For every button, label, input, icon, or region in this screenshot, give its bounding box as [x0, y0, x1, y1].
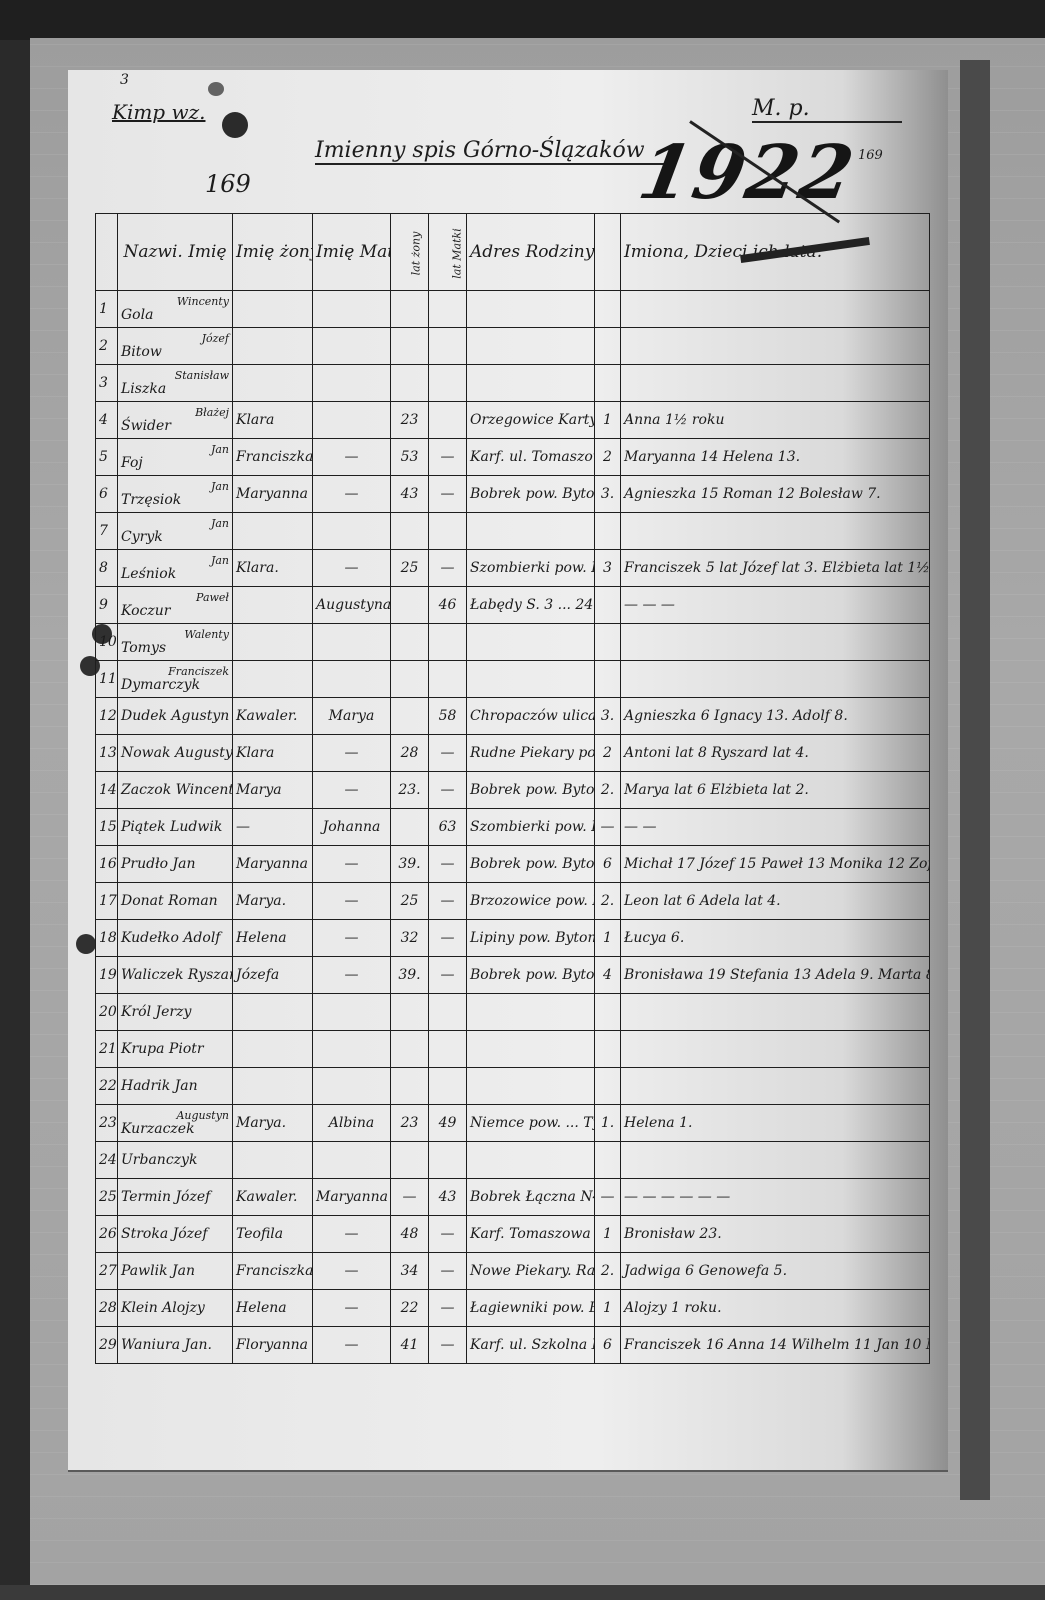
mother-name	[313, 365, 391, 402]
children-count: 1	[595, 1290, 621, 1327]
person-name: JanCyryk	[118, 513, 233, 550]
mother-age: —	[429, 846, 467, 883]
surname: Waniura Jan.	[121, 1337, 212, 1353]
family-address	[467, 1031, 595, 1068]
person-name: Nowak Augustyn	[118, 735, 233, 772]
wife-age: —	[391, 1179, 429, 1216]
mother-age	[429, 1068, 467, 1105]
wife-age	[391, 994, 429, 1031]
wife-age	[391, 291, 429, 328]
person-name: Donat Roman	[118, 883, 233, 920]
table-row: 10WalentyTomys	[96, 624, 930, 661]
row-number: 21	[96, 1031, 118, 1068]
children-count: 1.	[595, 1105, 621, 1142]
wife-age: 53	[391, 439, 429, 476]
row-number: 1	[96, 291, 118, 328]
children-list	[621, 994, 930, 1031]
wife-age	[391, 698, 429, 735]
children-list	[621, 365, 930, 402]
surname: Stroka Józef	[121, 1226, 208, 1242]
family-address: Szombierki pow. Bytom ul. Orzegowska 12	[467, 550, 595, 587]
mother-age: —	[429, 920, 467, 957]
row-number: 22	[96, 1068, 118, 1105]
surname: Tomys	[121, 640, 166, 656]
surname: Świder	[121, 418, 171, 434]
mother-name	[313, 402, 391, 439]
mother-age: 63	[429, 809, 467, 846]
family-address: Bobrek pow. Bytom ul. Szafjóra N3.	[467, 772, 595, 809]
row-number: 2	[96, 328, 118, 365]
person-name: Klein Alojzy	[118, 1290, 233, 1327]
table-row: 23AugustynKurzaczekMarya.Albina2349Niemc…	[96, 1105, 930, 1142]
row-number: 23	[96, 1105, 118, 1142]
wife-age	[391, 365, 429, 402]
wife-age: 48	[391, 1216, 429, 1253]
given-name: Jan	[121, 444, 229, 455]
family-address: Bobrek Łączna N4.	[467, 1179, 595, 1216]
mother-age	[429, 402, 467, 439]
mother-name	[313, 328, 391, 365]
wife-name: Teofila	[233, 1216, 313, 1253]
children-count: 3	[595, 550, 621, 587]
wife-name: Helena	[233, 920, 313, 957]
children-count: 1	[595, 402, 621, 439]
children-count: —	[595, 809, 621, 846]
family-address: Nowe Piekary. Radzionkowska N18	[467, 1253, 595, 1290]
mother-name	[313, 291, 391, 328]
wife-age	[391, 624, 429, 661]
wife-age	[391, 587, 429, 624]
mother-age: —	[429, 1253, 467, 1290]
children-list	[621, 291, 930, 328]
wife-name: Maryanna	[233, 846, 313, 883]
person-name: FranciszekDymarczyk	[118, 661, 233, 698]
given-name: Walenty	[121, 629, 229, 640]
children-count	[595, 513, 621, 550]
family-address	[467, 365, 595, 402]
children-count	[595, 1031, 621, 1068]
mother-name: —	[313, 846, 391, 883]
children-list	[621, 1068, 930, 1105]
row-number: 6	[96, 476, 118, 513]
wife-name: Marya	[233, 772, 313, 809]
family-address	[467, 328, 595, 365]
children-list: Marya lat 6 Elżbieta lat 2.	[621, 772, 930, 809]
row-number: 10	[96, 624, 118, 661]
row-number: 15	[96, 809, 118, 846]
surname: Foj	[121, 455, 143, 471]
children-count	[595, 328, 621, 365]
children-count: 2	[595, 735, 621, 772]
family-address: Rudne Piekary pow. Tarn. Bytomska N31	[467, 735, 595, 772]
children-count	[595, 661, 621, 698]
surname: Trzęsiok	[121, 492, 181, 508]
mother-name	[313, 1031, 391, 1068]
wife-age: 43	[391, 476, 429, 513]
person-name: PawełKoczur	[118, 587, 233, 624]
wife-age	[391, 809, 429, 846]
surname: Donat Roman	[121, 893, 218, 909]
surname: Termin Józef	[121, 1189, 210, 1205]
surname: Nowak Augustyn	[121, 745, 233, 761]
mother-age	[429, 328, 467, 365]
children-list	[621, 661, 930, 698]
wife-name	[233, 328, 313, 365]
surname: Gola	[121, 307, 153, 323]
wife-age: 39.	[391, 957, 429, 994]
column-header-wife-age: lat żony	[391, 214, 429, 291]
person-name: BłażejŚwider	[118, 402, 233, 439]
mother-name: —	[313, 1290, 391, 1327]
children-list: — — — — — —	[621, 1179, 930, 1216]
scan-top-border	[0, 0, 1045, 40]
mother-age: —	[429, 1216, 467, 1253]
person-name: Kudełko Adolf	[118, 920, 233, 957]
row-number: 7	[96, 513, 118, 550]
mother-age	[429, 365, 467, 402]
binding-strip	[960, 60, 990, 1500]
table-row: 22Hadrik Jan	[96, 1068, 930, 1105]
children-count	[595, 291, 621, 328]
children-count: 3.	[595, 476, 621, 513]
family-address: Łagiewniki pow. Bytom ul. Nowiejna 1	[467, 1290, 595, 1327]
person-name: Hadrik Jan	[118, 1068, 233, 1105]
person-name: JanLeśniok	[118, 550, 233, 587]
children-list: Łucya 6.	[621, 920, 930, 957]
mother-age: 58	[429, 698, 467, 735]
mother-name: Albina	[313, 1105, 391, 1142]
mother-name: Marya	[313, 698, 391, 735]
children-count: 2.	[595, 1253, 621, 1290]
person-name: WincentyGola	[118, 291, 233, 328]
children-list: Agnieszka 15 Roman 12 Bolesław 7.	[621, 476, 930, 513]
surname: Koczur	[121, 603, 170, 619]
person-name: Piątek Ludwik	[118, 809, 233, 846]
table-row: 17Donat RomanMarya.—25—Brzozowice pow. B…	[96, 883, 930, 920]
given-name: Paweł	[121, 592, 229, 603]
table-row: 8JanLeśniokKlara.—25—Szombierki pow. Byt…	[96, 550, 930, 587]
mother-name: —	[313, 1253, 391, 1290]
children-list: Bronisława 19 Stefania 13 Adela 9. Marta…	[621, 957, 930, 994]
children-list: Antoni lat 8 Ryszard lat 4.	[621, 735, 930, 772]
given-name: Stanisław	[121, 370, 229, 381]
children-list: Michał 17 Józef 15 Paweł 13 Monika 12 Zo…	[621, 846, 930, 883]
surname: Krupa Piotr	[121, 1041, 204, 1057]
wife-name: Kawaler.	[233, 698, 313, 735]
mother-name	[313, 994, 391, 1031]
family-address: Bobrek pow. Bytom. ulic. Bytomska N19.	[467, 957, 595, 994]
person-name: JanFoj	[118, 439, 233, 476]
children-count	[595, 1068, 621, 1105]
table-row: 6JanTrzęsiokMaryanna—43—Bobrek pow. Byto…	[96, 476, 930, 513]
table-row: 27Pawlik JanFranciszka—34—Nowe Piekary. …	[96, 1253, 930, 1290]
mother-age: —	[429, 883, 467, 920]
surname: Pawlik Jan	[121, 1263, 195, 1279]
row-number: 27	[96, 1253, 118, 1290]
family-address: Szombierki pow. Bytom Godulska N3	[467, 809, 595, 846]
wife-age: 22	[391, 1290, 429, 1327]
wife-age: 41	[391, 1327, 429, 1364]
form-reference: Kimp wz.	[112, 100, 205, 124]
person-name: StanisławLiszka	[118, 365, 233, 402]
mother-age: —	[429, 476, 467, 513]
page-number-right: 169	[858, 148, 883, 163]
given-name: Wincenty	[121, 296, 229, 307]
table-row: 5JanFojFranciszka—53—Karf. ul. Tomaszowa…	[96, 439, 930, 476]
table-row: 19Waliczek RyszardJózefa—39.—Bobrek pow.…	[96, 957, 930, 994]
table-row: 21Krupa Piotr	[96, 1031, 930, 1068]
column-header-children-count: ilość Dzieci	[595, 214, 621, 291]
row-number: 28	[96, 1290, 118, 1327]
mother-age	[429, 994, 467, 1031]
table-row: 24Urbanczyk	[96, 1142, 930, 1179]
children-list: Alojzy 1 roku.	[621, 1290, 930, 1327]
children-list: Anna 1½ roku	[621, 402, 930, 439]
children-list	[621, 1031, 930, 1068]
column-header-name: Nazwi. Imię	[118, 214, 233, 291]
children-list: — — —	[621, 587, 930, 624]
surname: Bitow	[121, 344, 162, 360]
mother-name: —	[313, 1216, 391, 1253]
mother-name: —	[313, 735, 391, 772]
wife-age	[391, 1142, 429, 1179]
mother-age: 46	[429, 587, 467, 624]
mother-name: —	[313, 772, 391, 809]
table-row: 7JanCyryk	[96, 513, 930, 550]
children-count	[595, 1142, 621, 1179]
row-number: 24	[96, 1142, 118, 1179]
scan-bottom-border	[0, 1585, 1045, 1600]
wife-age: 34	[391, 1253, 429, 1290]
family-address: Orzegowice Kartyska 94	[467, 402, 595, 439]
wife-name: Helena	[233, 1290, 313, 1327]
wife-age	[391, 661, 429, 698]
children-count: 6	[595, 1327, 621, 1364]
column-header-address: Adres Rodziny	[467, 214, 595, 291]
mother-name	[313, 513, 391, 550]
children-list: Agnieszka 6 Ignacy 13. Adolf 8.	[621, 698, 930, 735]
mother-name	[313, 661, 391, 698]
children-count: 1	[595, 1216, 621, 1253]
row-number: 4	[96, 402, 118, 439]
mother-age: —	[429, 1327, 467, 1364]
document-title: Imienny spis Górno-Ślązaków	[315, 138, 665, 165]
given-name: Błażej	[121, 407, 229, 418]
header-superscript: 3	[120, 72, 129, 88]
surname: Kurzaczek	[121, 1121, 195, 1137]
mother-age	[429, 661, 467, 698]
mother-age: —	[429, 1290, 467, 1327]
page-number-left: 169	[205, 170, 251, 198]
children-list	[621, 513, 930, 550]
family-address	[467, 994, 595, 1031]
mother-name: —	[313, 476, 391, 513]
children-list: Bronisław 23.	[621, 1216, 930, 1253]
mother-age: 43	[429, 1179, 467, 1216]
wife-name	[233, 587, 313, 624]
census-rows: 1WincentyGola2JózefBitow3StanisławLiszka…	[96, 291, 930, 1364]
children-count	[595, 587, 621, 624]
given-name: Augustyn	[121, 1110, 229, 1121]
surname: Dymarczyk	[121, 677, 200, 693]
wife-age: 28	[391, 735, 429, 772]
ink-stain-icon	[208, 82, 224, 96]
mother-name	[313, 1068, 391, 1105]
wife-name: Kawaler.	[233, 1179, 313, 1216]
wife-age: 25	[391, 550, 429, 587]
family-address: Lipiny pow. Bytom. Bytomska N23	[467, 920, 595, 957]
children-count: 2.	[595, 883, 621, 920]
given-name: Jan	[121, 481, 229, 492]
wife-name	[233, 291, 313, 328]
surname: Liszka	[121, 381, 166, 397]
table-row: 4BłażejŚwiderKlara23Orzegowice Kartyska …	[96, 402, 930, 439]
row-number: 18	[96, 920, 118, 957]
children-count: 1	[595, 920, 621, 957]
wife-age	[391, 1068, 429, 1105]
children-list	[621, 328, 930, 365]
person-name: Termin Józef	[118, 1179, 233, 1216]
punch-hole-icon	[76, 934, 96, 954]
row-number: 25	[96, 1179, 118, 1216]
children-count	[595, 994, 621, 1031]
surname: Hadrik Jan	[121, 1078, 198, 1094]
row-number: 16	[96, 846, 118, 883]
children-count: 2.	[595, 772, 621, 809]
mother-name	[313, 624, 391, 661]
surname: Leśniok	[121, 566, 176, 582]
family-address: Brzozowice pow. Bytom Główna N831.	[467, 883, 595, 920]
family-address: Niemce pow. ... Tyfegarć N16	[467, 1105, 595, 1142]
mother-age	[429, 291, 467, 328]
children-list: Leon lat 6 Adela lat 4.	[621, 883, 930, 920]
mother-age: —	[429, 550, 467, 587]
surname: Klein Alojzy	[121, 1300, 205, 1316]
wife-age	[391, 1031, 429, 1068]
row-number: 8	[96, 550, 118, 587]
column-header-mother: Imię Matki	[313, 214, 391, 291]
mother-name: Maryanna	[313, 1179, 391, 1216]
children-count	[595, 365, 621, 402]
family-address: Karf. Tomaszowa N1.	[467, 1216, 595, 1253]
row-number: 29	[96, 1327, 118, 1364]
wife-name: Franciszka	[233, 1253, 313, 1290]
children-list: Helena 1.	[621, 1105, 930, 1142]
table-row: 26Stroka JózefTeofila—48—Karf. Tomaszowa…	[96, 1216, 930, 1253]
children-list	[621, 1142, 930, 1179]
person-name: Pawlik Jan	[118, 1253, 233, 1290]
family-address: Bobrek pow. Bytom. Wreme N3.	[467, 846, 595, 883]
family-address	[467, 1068, 595, 1105]
person-name: Prudło Jan	[118, 846, 233, 883]
family-address	[467, 291, 595, 328]
table-row: 16Prudło JanMaryanna—39.—Bobrek pow. Byt…	[96, 846, 930, 883]
person-name: Dudek Agustyn	[118, 698, 233, 735]
wife-age: 23	[391, 402, 429, 439]
family-address	[467, 513, 595, 550]
family-address: Łabędy S. 3 ... 24	[467, 587, 595, 624]
wife-name: Klara	[233, 402, 313, 439]
surname: Zaczok Wincenty	[121, 782, 233, 798]
wife-age: 32	[391, 920, 429, 957]
family-address: Karf. ul. Szkolna N10	[467, 1327, 595, 1364]
surname: Waliczek Ryszard	[121, 967, 233, 983]
mother-age: —	[429, 772, 467, 809]
row-number: 3	[96, 365, 118, 402]
children-list: Franciszek 5 lat Józef lat 3. Elżbieta l…	[621, 550, 930, 587]
census-table: № porządkowy Nazwi. Imię Imię żony Imię …	[95, 213, 930, 1364]
wife-name	[233, 994, 313, 1031]
wife-age	[391, 513, 429, 550]
wife-name: Józefa	[233, 957, 313, 994]
table-row: 29Waniura Jan.Floryanna—41—Karf. ul. Szk…	[96, 1327, 930, 1364]
wife-name: Marya.	[233, 883, 313, 920]
row-number: 14	[96, 772, 118, 809]
wife-name	[233, 624, 313, 661]
person-name: Urbanczyk	[118, 1142, 233, 1179]
children-list: — —	[621, 809, 930, 846]
family-address: Bobrek pow. Bytom. Łączna N9	[467, 476, 595, 513]
family-address	[467, 1142, 595, 1179]
wife-age: 39.	[391, 846, 429, 883]
row-number: 19	[96, 957, 118, 994]
wife-name: Maryanna	[233, 476, 313, 513]
given-name: Jan	[121, 555, 229, 566]
mother-age: 49	[429, 1105, 467, 1142]
column-header-number: № porządkowy	[96, 214, 118, 291]
wife-age	[391, 328, 429, 365]
mother-age	[429, 1031, 467, 1068]
person-name: JanTrzęsiok	[118, 476, 233, 513]
family-address	[467, 624, 595, 661]
wife-name: Franciszka	[233, 439, 313, 476]
wife-name	[233, 365, 313, 402]
mother-age: —	[429, 957, 467, 994]
surname: Cyryk	[121, 529, 163, 545]
children-list: Jadwiga 6 Genowefa 5.	[621, 1253, 930, 1290]
children-count: 2	[595, 439, 621, 476]
row-number: 12	[96, 698, 118, 735]
children-count: 4	[595, 957, 621, 994]
mother-name: —	[313, 439, 391, 476]
person-name: Waniura Jan.	[118, 1327, 233, 1364]
person-name: Stroka Józef	[118, 1216, 233, 1253]
table-row: 20Król Jerzy	[96, 994, 930, 1031]
family-address: Chropaczów ulica Sobot. 33	[467, 698, 595, 735]
children-list: Franciszek 16 Anna 14 Wilhelm 11 Jan 10 …	[621, 1327, 930, 1364]
mother-name: —	[313, 1327, 391, 1364]
given-name: Franciszek	[121, 666, 229, 677]
children-list	[621, 624, 930, 661]
table-row: 3StanisławLiszka	[96, 365, 930, 402]
wife-name	[233, 661, 313, 698]
mother-name	[313, 1142, 391, 1179]
wife-age: 23	[391, 1105, 429, 1142]
wife-age: 25	[391, 883, 429, 920]
row-number: 13	[96, 735, 118, 772]
person-name: WalentyTomys	[118, 624, 233, 661]
table-row: 1WincentyGola	[96, 291, 930, 328]
table-row: 9PawełKoczurAugustyna46Łabędy S. 3 ... 2…	[96, 587, 930, 624]
mother-age	[429, 513, 467, 550]
family-address	[467, 661, 595, 698]
mother-name: —	[313, 883, 391, 920]
surname: Dudek Agustyn	[121, 708, 229, 724]
mother-name: Johanna	[313, 809, 391, 846]
given-name: Jan	[121, 518, 229, 529]
person-name: JózefBitow	[118, 328, 233, 365]
person-name: AugustynKurzaczek	[118, 1105, 233, 1142]
